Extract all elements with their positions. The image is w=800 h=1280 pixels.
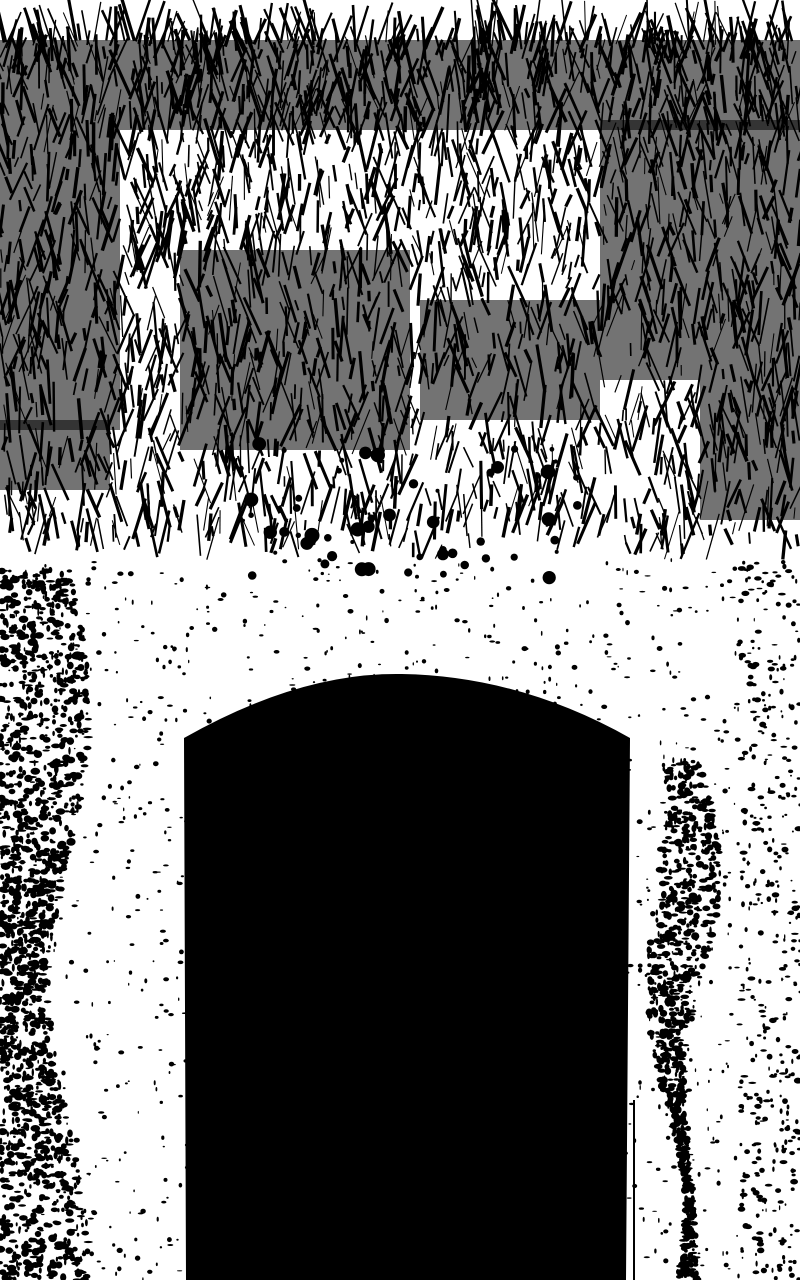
photo-canvas <box>0 0 800 1280</box>
ivy-left <box>0 567 93 1280</box>
doorway <box>184 674 630 1280</box>
vegetation-texture <box>0 0 800 584</box>
ivy-right <box>646 560 800 1280</box>
door-jamb-line <box>633 1100 635 1280</box>
